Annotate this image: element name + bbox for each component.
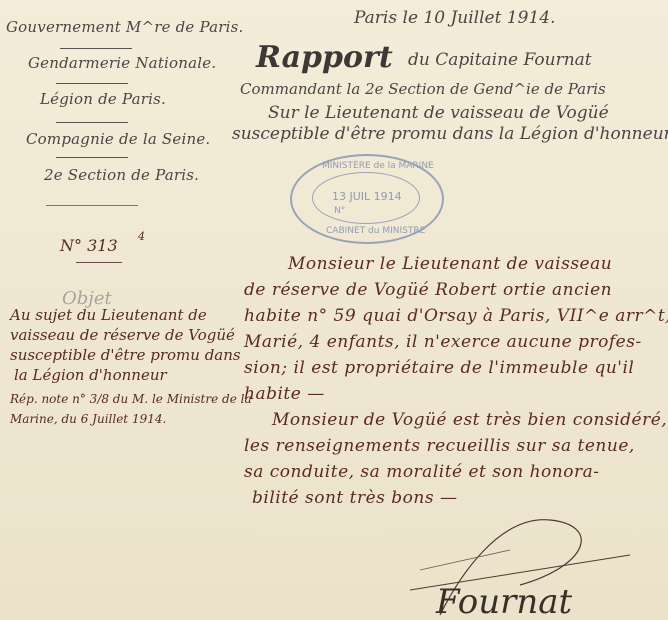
body-line: Monsieur de Vogüé est très bien considér… bbox=[272, 410, 667, 430]
reference-suffix: 4 bbox=[138, 230, 145, 243]
body-line: de réserve de Vogüé Robert ortie ancien bbox=[244, 280, 612, 300]
body-line: les renseignements recueillis sur sa ten… bbox=[244, 436, 635, 456]
body-line: habite n° 59 quai d'Orsay à Paris, VII^e… bbox=[244, 306, 668, 326]
objet-line: vaisseau de réserve de Vogüé bbox=[10, 326, 235, 344]
report-commander: Commandant la 2e Section de Gend^ie de P… bbox=[240, 80, 606, 98]
document-page: Gouvernement M^re de Paris. Gendarmerie … bbox=[0, 0, 668, 620]
letterhead-line: Légion de Paris. bbox=[40, 90, 166, 108]
body-line: sion; il est propriétaire de l'immeuble … bbox=[244, 358, 634, 378]
signature-flourish-icon: Fournat bbox=[400, 495, 640, 620]
body-line: Marié, 4 enfants, il n'exerce aucune pro… bbox=[244, 332, 642, 352]
ministry-stamp: MINISTÈRE de la MARINE 13 JUIL 1914 N° C… bbox=[290, 154, 444, 244]
stamp-top-text: MINISTÈRE de la MARINE bbox=[322, 161, 434, 171]
body-line: Monsieur le Lieutenant de vaisseau bbox=[288, 254, 612, 274]
body-line: habite — bbox=[244, 384, 325, 404]
objet-note: Rép. note n° 3/8 du M. le Ministre de la bbox=[10, 392, 252, 406]
divider bbox=[46, 205, 138, 206]
stamp-bottom-text: CABINET du MINISTRE bbox=[326, 226, 425, 236]
objet-line: susceptible d'être promu dans bbox=[10, 346, 241, 364]
letterhead-line: Compagnie de la Seine. bbox=[26, 130, 210, 148]
letterhead-line: Gendarmerie Nationale. bbox=[28, 54, 216, 72]
divider bbox=[56, 122, 128, 123]
divider bbox=[56, 83, 128, 84]
divider bbox=[76, 262, 122, 263]
report-title-word: Rapport bbox=[256, 40, 393, 75]
letterhead-line: Gouvernement M^re de Paris. bbox=[6, 18, 243, 36]
objet-line: la Légion d'honneur bbox=[14, 366, 167, 384]
svg-text:Fournat: Fournat bbox=[435, 582, 573, 620]
stamp-number: N° bbox=[334, 206, 345, 216]
report-subject-cont: susceptible d'être promu dans la Légion … bbox=[232, 124, 668, 144]
letterhead-line: 2e Section de Paris. bbox=[44, 166, 199, 184]
divider bbox=[60, 48, 132, 49]
stamp-date: 13 JUIL 1914 bbox=[332, 190, 402, 203]
place-date: Paris le 10 Juillet 1914. bbox=[354, 8, 555, 28]
report-author: du Capitaine Fournat bbox=[408, 50, 592, 70]
divider bbox=[56, 157, 128, 158]
report-subject: Sur le Lieutenant de vaisseau de Vogüé bbox=[268, 103, 609, 123]
body-line: sa conduite, sa moralité et son honora- bbox=[244, 462, 599, 482]
objet-line: Au sujet du Lieutenant de bbox=[10, 306, 207, 324]
objet-note: Marine, du 6 Juillet 1914. bbox=[10, 412, 166, 426]
signature: Fournat bbox=[400, 495, 640, 620]
reference-number: N° 313 bbox=[60, 236, 118, 255]
